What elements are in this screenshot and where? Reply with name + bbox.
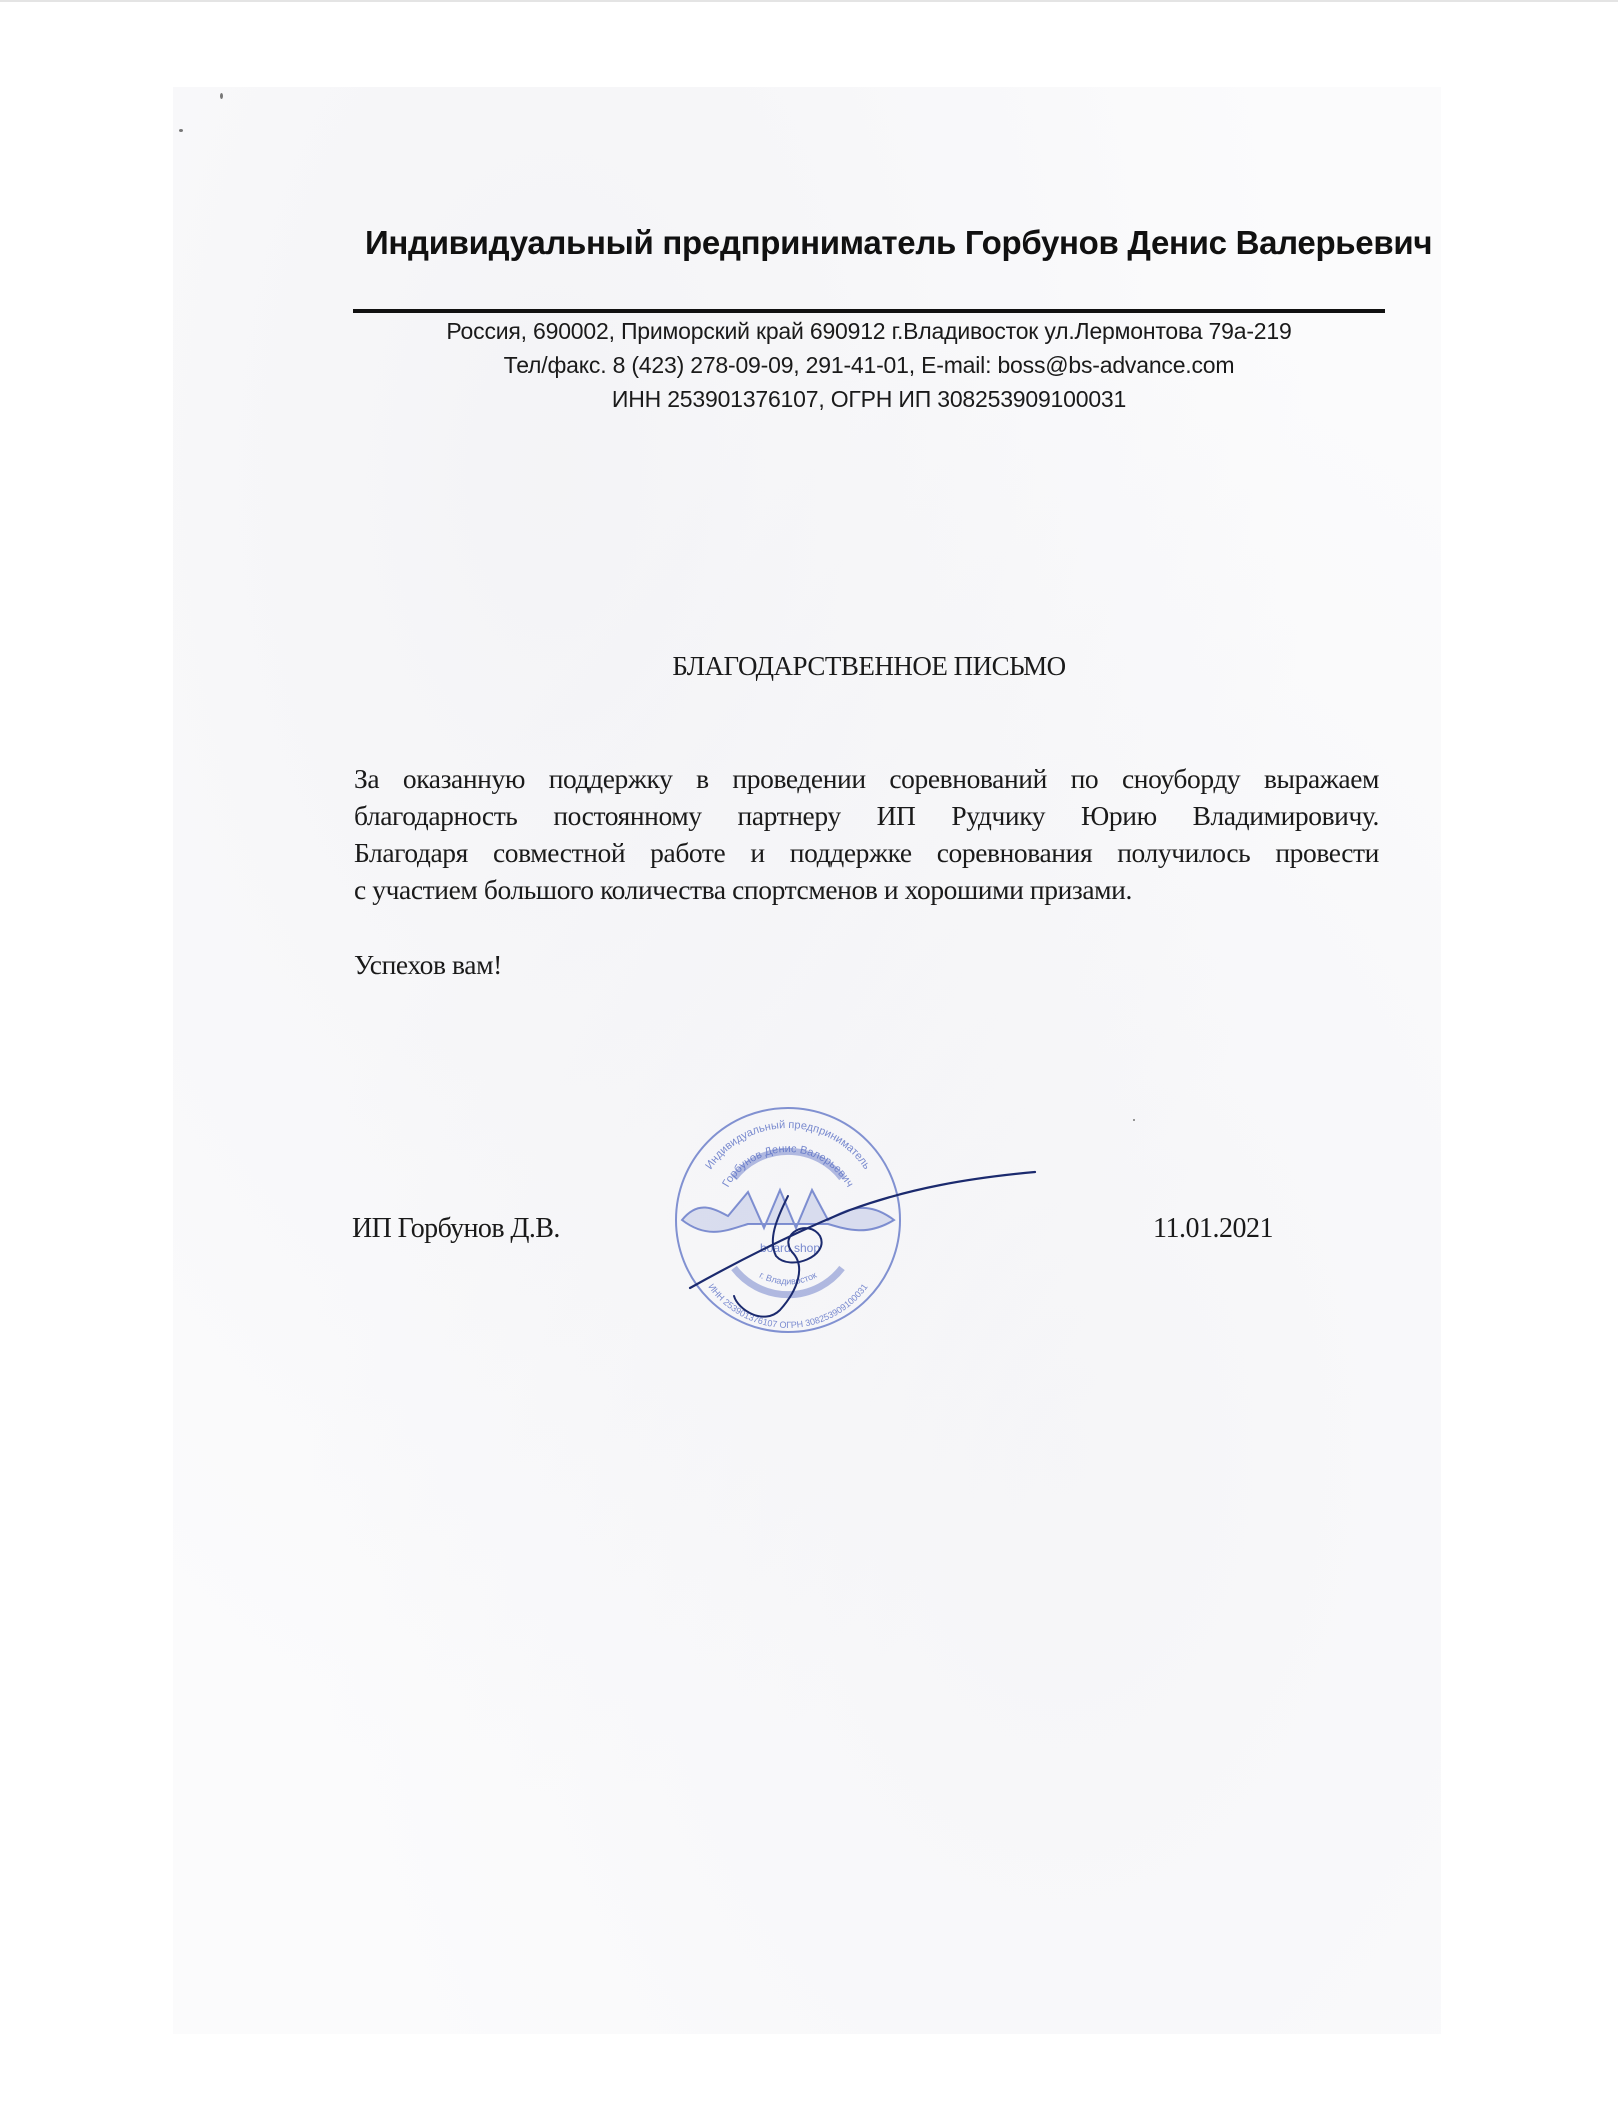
- scan-speck: [220, 93, 223, 99]
- letterhead-divider: [353, 309, 1385, 313]
- viewer-top-border: [0, 0, 1618, 2]
- scan-speck: [179, 129, 183, 132]
- body-line: с участием большого количества спортсмен…: [354, 871, 1379, 908]
- document-title: БЛАГОДАРСТВЕННОЕ ПИСЬМО: [353, 651, 1385, 682]
- scanned-page: [173, 87, 1441, 2034]
- handwritten-signature-icon: [680, 1160, 1040, 1330]
- letterhead-contacts: Тел/факс. 8 (423) 278-09-09, 291-41-01, …: [353, 352, 1385, 379]
- letterhead-address: Россия, 690002, Приморский край 690912 г…: [353, 318, 1385, 345]
- letterhead-registration: ИНН 253901376107, ОГРН ИП 30825390910003…: [353, 386, 1385, 413]
- scan-speck: [1133, 1119, 1135, 1121]
- closing-phrase: Успехов вам!: [354, 949, 502, 981]
- body-paragraph: За оказанную поддержку в проведении соре…: [354, 760, 1379, 908]
- document-date: 11.01.2021: [1153, 1213, 1273, 1245]
- letterhead-company-name: Индивидуальный предприниматель Горбунов …: [365, 224, 1375, 262]
- signer-name: ИП Горбунов Д.В.: [352, 1213, 560, 1245]
- body-line: Благодаря совместной работе и поддержке …: [354, 834, 1379, 871]
- body-line: благодарность постоянному партнеру ИП Ру…: [354, 797, 1379, 834]
- body-line: За оказанную поддержку в проведении соре…: [354, 760, 1379, 797]
